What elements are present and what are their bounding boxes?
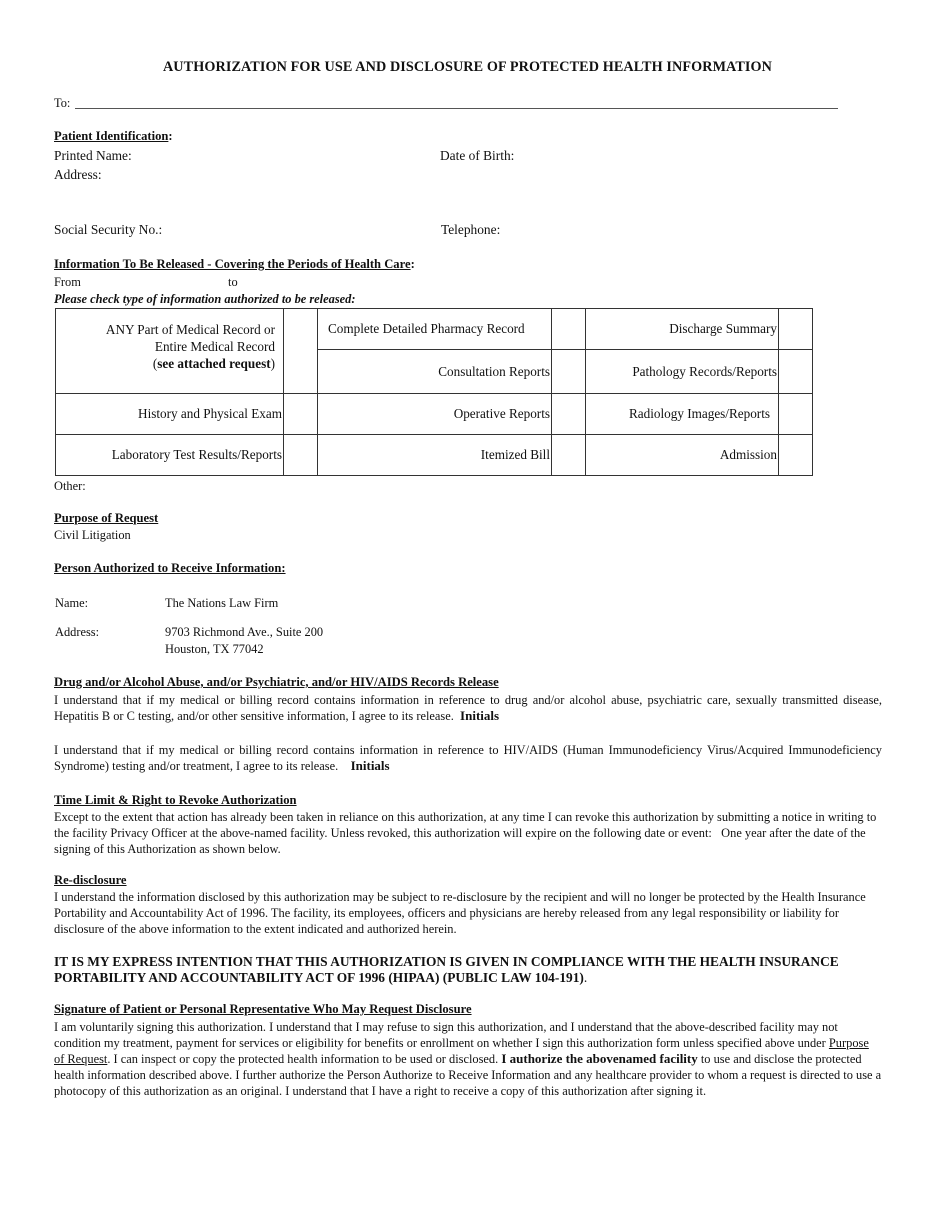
- checkbox-itemized-bill[interactable]: [552, 435, 586, 476]
- checkbox-operative-reports[interactable]: [552, 394, 586, 435]
- purpose-of-request-heading: Purpose of Request: [54, 511, 158, 526]
- signature-heading: Signature of Patient or Personal Represe…: [54, 1002, 472, 1017]
- heading-colon: :: [411, 257, 415, 271]
- checkbox-any-part-medical-record[interactable]: [284, 309, 318, 394]
- date-of-birth-label: Date of Birth:: [440, 148, 514, 164]
- other-field[interactable]: [92, 478, 812, 494]
- recipient-name-label: Name:: [55, 595, 88, 611]
- person-authorized-heading: Person Authorized to Receive Information…: [54, 561, 286, 576]
- recipient-name-value: The Nations Law Firm: [165, 595, 278, 611]
- address-label: Address:: [54, 167, 102, 183]
- any-part-line2: Entire Medical Record: [60, 338, 275, 355]
- label-discharge-summary: Discharge Summary: [586, 309, 779, 350]
- date-of-birth-field[interactable]: [530, 148, 830, 164]
- signature-text-1: I am voluntarily signing this authorizat…: [54, 1020, 838, 1050]
- label-consultation-reports: Consultation Reports: [318, 350, 552, 394]
- telephone-field[interactable]: [512, 222, 812, 238]
- checkbox-discharge-summary[interactable]: [779, 309, 813, 350]
- redisclosure-paragraph: I understand the information disclosed b…: [54, 889, 882, 937]
- telephone-label: Telephone:: [441, 222, 500, 238]
- to-field[interactable]: [75, 108, 838, 109]
- records-checklist-table: ANY Part of Medical Record or Entire Med…: [55, 308, 813, 476]
- redisclosure-heading: Re-disclosure: [54, 873, 127, 888]
- information-to-release-heading: Information To Be Released - Covering th…: [54, 257, 415, 272]
- patient-identification-heading: Patient Identification:: [54, 129, 173, 144]
- document-title: AUTHORIZATION FOR USE AND DISCLOSURE OF …: [0, 59, 935, 76]
- drug-alcohol-heading: Drug and/or Alcohol Abuse, and/or Psychi…: [54, 675, 499, 690]
- hipaa-statement: IT IS MY EXPRESS INTENTION THAT THIS AUT…: [54, 954, 894, 986]
- other-label: Other:: [54, 478, 86, 494]
- any-part-medical-record-label: ANY Part of Medical Record or Entire Med…: [56, 309, 284, 394]
- patient-identification-heading-text: Patient Identification: [54, 129, 168, 143]
- to-label: To:: [54, 95, 70, 111]
- label-operative-reports: Operative Reports: [318, 394, 552, 435]
- checkbox-laboratory-test-results[interactable]: [284, 435, 318, 476]
- from-date-field[interactable]: [88, 274, 223, 290]
- checkbox-pathology-records[interactable]: [779, 350, 813, 394]
- checkbox-admission[interactable]: [779, 435, 813, 476]
- ssn-field[interactable]: [182, 222, 422, 238]
- checkbox-radiology-images[interactable]: [779, 394, 813, 435]
- initials-field-2[interactable]: [574, 758, 664, 774]
- label-history-physical-exam: History and Physical Exam: [56, 394, 284, 435]
- from-label: From: [54, 274, 81, 290]
- any-part-line1: ANY Part of Medical Record or: [60, 321, 275, 338]
- information-to-release-heading-text: Information To Be Released - Covering th…: [54, 257, 411, 271]
- label-admission: Admission: [586, 435, 779, 476]
- label-laboratory-test-results: Laboratory Test Results/Reports: [56, 435, 284, 476]
- printed-name-label: Printed Name:: [54, 148, 132, 164]
- to-date-field[interactable]: [243, 274, 403, 290]
- authorize-facility-text: I authorize the abovenamed facility: [501, 1051, 697, 1066]
- checkbox-consultation-reports[interactable]: [552, 350, 586, 394]
- hipaa-statement-period: .: [584, 970, 587, 985]
- hiv-aids-text: I understand that if my medical or billi…: [54, 743, 882, 773]
- label-itemized-bill: Itemized Bill: [318, 435, 552, 476]
- heading-colon: :: [168, 129, 172, 143]
- signature-text-2: . I can inspect or copy the protected he…: [107, 1052, 501, 1066]
- time-limit-heading: Time Limit & Right to Revoke Authorizati…: [54, 793, 297, 808]
- printed-name-field[interactable]: [160, 148, 420, 164]
- checkbox-history-physical-exam[interactable]: [284, 394, 318, 435]
- paren-close: ): [271, 356, 275, 371]
- signature-paragraph: I am voluntarily signing this authorizat…: [54, 1019, 882, 1099]
- recipient-address-label: Address:: [55, 624, 99, 640]
- initials-label-1: Initials: [460, 708, 499, 723]
- any-part-line3: (see attached request): [60, 355, 275, 372]
- drug-alcohol-paragraph: I understand that if my medical or billi…: [54, 692, 882, 724]
- ssn-label: Social Security No.:: [54, 222, 162, 238]
- see-attached-request: see attached request: [157, 356, 270, 371]
- initials-label-2: Initials: [351, 758, 390, 773]
- label-pathology-records: Pathology Records/Reports: [586, 350, 779, 394]
- hiv-aids-paragraph: I understand that if my medical or billi…: [54, 742, 882, 774]
- label-radiology-images: Radiology Images/Reports: [586, 394, 779, 435]
- to-date-label: to: [228, 274, 238, 290]
- hipaa-statement-text: IT IS MY EXPRESS INTENTION THAT THIS AUT…: [54, 954, 839, 985]
- address-field[interactable]: [115, 167, 815, 217]
- recipient-address-line2: Houston, TX 77042: [165, 641, 264, 657]
- time-limit-paragraph: Except to the extent that action has alr…: [54, 809, 882, 857]
- initials-field-1[interactable]: [594, 708, 684, 724]
- recipient-address-line1: 9703 Richmond Ave., Suite 200: [165, 624, 323, 640]
- check-instruction: Please check type of information authori…: [54, 291, 355, 307]
- purpose-of-request-value: Civil Litigation: [54, 527, 131, 543]
- checkbox-complete-pharmacy-record[interactable]: [552, 309, 586, 350]
- label-complete-pharmacy-record: Complete Detailed Pharmacy Record: [318, 309, 552, 350]
